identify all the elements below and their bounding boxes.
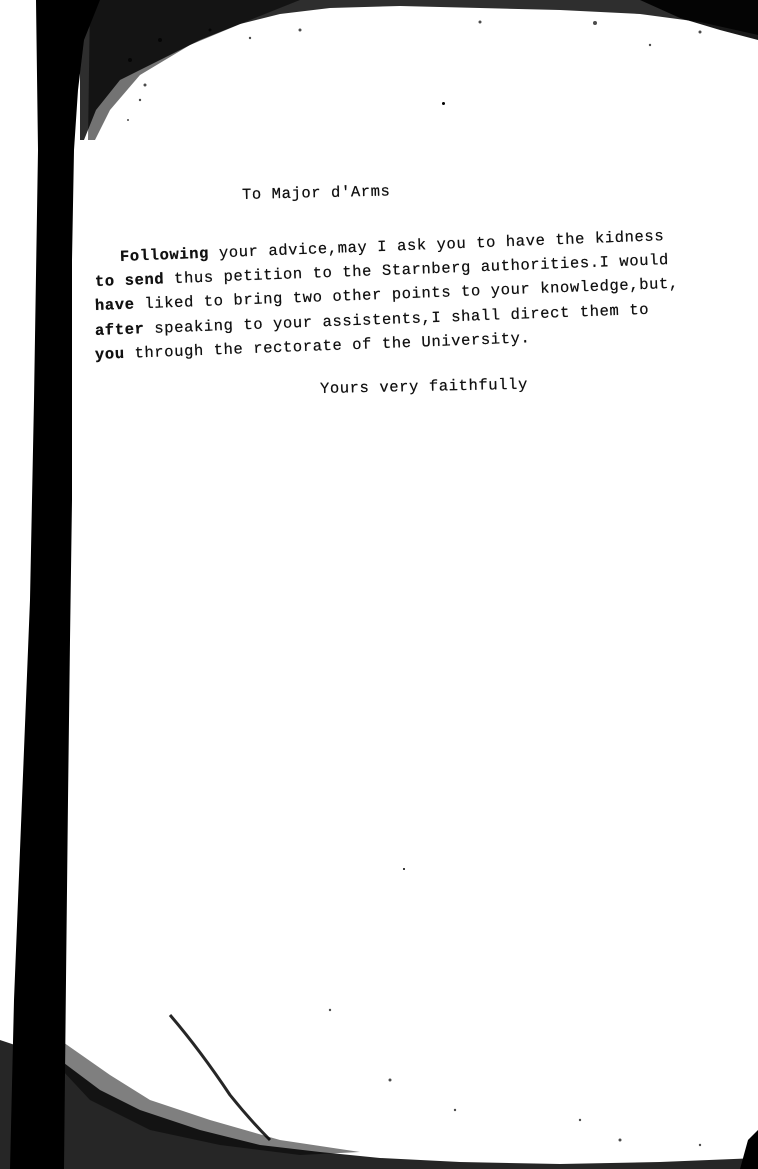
scanned-page: To Major d'Arms Following your advice,ma… <box>0 0 758 1169</box>
bold-lead-word: Following <box>120 245 210 266</box>
letter-salutation: To Major d'Arms <box>242 182 391 204</box>
bold-lead-word: to send <box>95 270 165 291</box>
letter: To Major d'Arms Following your advice,ma… <box>0 0 758 1169</box>
bold-lead-word: after <box>95 320 145 340</box>
letter-closing: Yours very faithfully <box>320 376 528 398</box>
bold-lead-word: have <box>95 295 135 315</box>
bold-lead-word: you <box>95 345 125 364</box>
